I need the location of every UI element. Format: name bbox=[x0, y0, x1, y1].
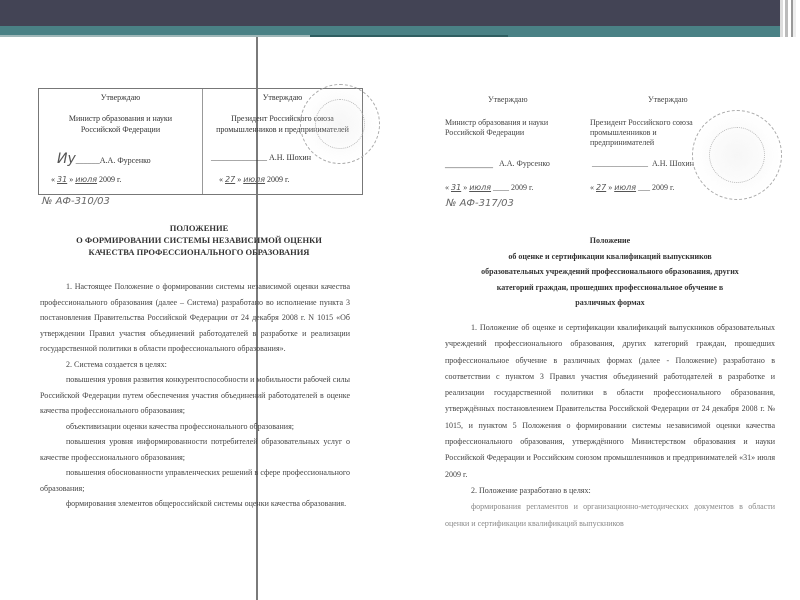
paragraph: формирования элементов общероссийской си… bbox=[40, 496, 350, 512]
seal-stamp bbox=[692, 110, 782, 200]
signatory-name: А.А. Фурсенко bbox=[100, 156, 151, 165]
approval-position: Министр образования и науки Российской Ф… bbox=[53, 113, 188, 135]
paragraph: 2. Система создается в целях: bbox=[40, 357, 350, 373]
registration-number: № АФ-310/03 bbox=[42, 196, 110, 207]
signature-line: ____________ А.А. Фурсенко bbox=[445, 159, 550, 168]
signatory-name: А.Н. Шохин bbox=[269, 153, 311, 162]
approval-heading: Утверждаю bbox=[488, 95, 528, 104]
document-title: Положение об оценке и сертификации квали… bbox=[440, 233, 780, 311]
paragraph: формирования регламентов и организационн… bbox=[445, 499, 775, 532]
paragraph: повышения уровня развития конкурентоспос… bbox=[40, 372, 350, 419]
signature-line: ______________ А.Н. Шохин bbox=[211, 153, 311, 162]
approval-date: « 31 » июля 2009 г. bbox=[51, 175, 121, 184]
approval-position: Министр образования и науки Российской Ф… bbox=[445, 118, 580, 138]
approval-date: « 27 » июля 2009 г. bbox=[219, 175, 289, 184]
approval-date: « 31 » июля ____ 2009 г. bbox=[445, 183, 533, 192]
paragraph: повышения обоснованности управленческих … bbox=[40, 465, 350, 496]
registration-number: № АФ-317/03 bbox=[446, 198, 514, 209]
paragraph: 1. Настоящее Положение о формировании си… bbox=[40, 279, 350, 357]
signature-line: Иу______А.А. Фурсенко bbox=[57, 151, 151, 167]
document-body: 1. Настоящее Положение о формировании си… bbox=[40, 279, 350, 512]
document-title: ПОЛОЖЕНИЕ О ФОРМИРОВАНИИ СИСТЕМЫ НЕЗАВИС… bbox=[38, 222, 360, 258]
seal-stamp bbox=[300, 84, 380, 164]
signature-line: ______________ А.Н. Шохин bbox=[592, 159, 694, 168]
approval-heading: Утверждаю bbox=[39, 92, 202, 103]
signatory-name: А.А. Фурсенко bbox=[499, 159, 550, 168]
paragraph: повышения уровня информированности потре… bbox=[40, 434, 350, 465]
corner-stripes bbox=[780, 0, 800, 37]
approval-heading: Утверждаю bbox=[648, 95, 688, 104]
paragraph: 2. Положение разработано в целях: bbox=[445, 483, 775, 499]
paragraph: 1. Положение об оценке и сертификации кв… bbox=[445, 320, 775, 483]
approval-minister: Утверждаю Министр образования и науки Ро… bbox=[39, 89, 203, 194]
approval-date: « 27 » июля ___ 2009 г. bbox=[590, 183, 674, 192]
paragraph: объективизации оценки качества профессио… bbox=[40, 419, 350, 435]
signatory-name: А.Н. Шохин bbox=[652, 159, 694, 168]
document-body: 1. Положение об оценке и сертификации кв… bbox=[445, 320, 775, 532]
slide-header-bar bbox=[0, 0, 800, 26]
